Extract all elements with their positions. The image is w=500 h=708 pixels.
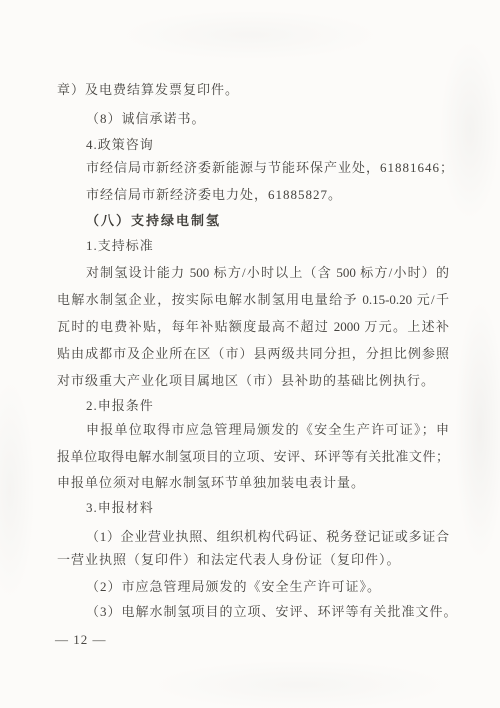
- application-conditions-line-1: 申报单位取得市应急管理局颁发的《安全生产许可证》；申: [57, 420, 449, 442]
- support-standard-heading: 1.支持标准: [57, 236, 449, 256]
- body-line-invoice-copy: 章）及电费结算发票复印件。: [57, 80, 449, 100]
- page-number: — 12 —: [55, 630, 107, 650]
- material-item-1-line-1: （1）企业营业执照、组织机构代码证、税务登记证或多证合: [57, 527, 449, 549]
- material-item-2: （2）市应急管理局颁发的《安全生产许可证》。: [57, 577, 449, 597]
- support-standard-body-line-5: 对市级重大产业化项目属地区（市）县补助的基础比例执行。: [57, 371, 449, 391]
- support-standard-body-line-4: 贴由成都市及企业所在区（市）县两级共同分担，分担比例参照: [57, 344, 449, 366]
- support-standard-body-line-3: 瓦时的电费补贴，每年补贴额度最高不超过 2000 万元。上述补: [57, 317, 449, 339]
- scan-smudge: [455, 300, 500, 560]
- application-conditions-line-2: 报单位取得电解水制氢项目的立项、安评、环评等有关批准文件；: [57, 447, 449, 469]
- item-8-integrity-letter: （8）诚信承诺书。: [57, 109, 449, 129]
- application-materials-heading: 3.申报材料: [57, 498, 449, 518]
- section-8-heading: （八）支持绿电制氢: [57, 211, 449, 231]
- scan-smudge: [0, 380, 35, 600]
- policy-consult-heading: 4.政策咨询: [57, 135, 449, 155]
- support-standard-body-line-2: 电解水制氢企业，按实际电解水制氢用电量给予 0.15-0.20 元/千: [57, 290, 449, 312]
- application-conditions-heading: 2.申报条件: [57, 396, 449, 416]
- material-item-1-line-2: 一营业执照（复印件）和法定代表人身份证（复印件）。: [57, 550, 449, 570]
- application-conditions-line-3: 申报单位须对电解水制氢环节单独加装电表计量。: [57, 473, 449, 493]
- consult-contact-line-1: 市经信局市新经济委新能源与节能环保产业处，61881646；: [57, 158, 449, 178]
- consult-contact-line-2: 市经信局市新经济委电力处，61885827。: [57, 185, 449, 205]
- scan-smudge: [440, 40, 500, 220]
- document-body: 章）及电费结算发票复印件。 （8）诚信承诺书。 4.政策咨询 市经信局市新经济委…: [57, 0, 449, 708]
- scanned-document-page: 章）及电费结算发票复印件。 （8）诚信承诺书。 4.政策咨询 市经信局市新经济委…: [0, 0, 500, 708]
- material-item-3: （3）电解水制氢项目的立项、安评、环评等有关批准文件。: [57, 602, 449, 622]
- support-standard-body-line-1: 对制氢设计能力 500 标方/小时以上（含 500 标方/小时）的: [57, 263, 449, 285]
